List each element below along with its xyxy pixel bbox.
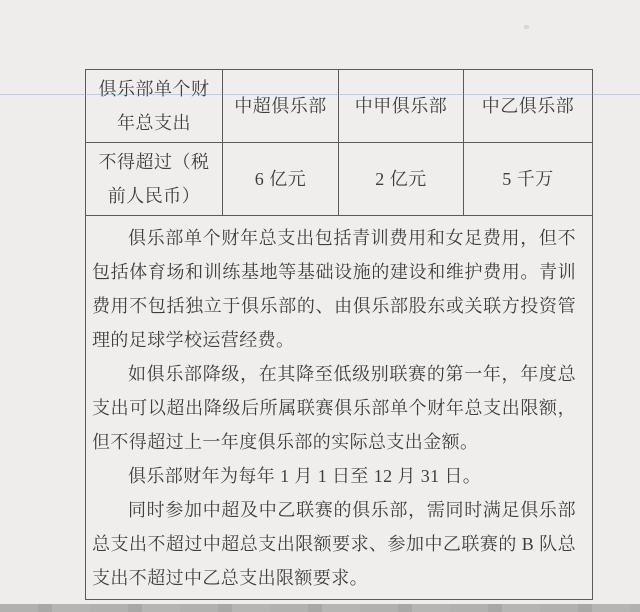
paragraph-dual-league-rule: 同时参加中超及中乙联赛的俱乐部，需同时满足俱乐部总支出不超过中超总支出限额要求、… (92, 493, 576, 595)
paragraph-expenditure-scope: 俱乐部单个财年总支出包括青训费用和女足费用，但不包括体育场和训练基地等基础设施的… (92, 221, 576, 357)
expenditure-limit-table: 俱乐部单个财年总支出 中超俱乐部 中甲俱乐部 中乙俱乐部 不得超过（税前人民币）… (85, 69, 593, 600)
limit-value-league-two: 5 千万 (464, 143, 592, 216)
table-limit-row: 不得超过（税前人民币） 6 亿元 2 亿元 5 千万 (86, 143, 592, 216)
column-header-league-one-clubs: 中甲俱乐部 (339, 70, 464, 143)
column-header-league-two-clubs: 中乙俱乐部 (464, 70, 592, 143)
scan-edge-shadow (0, 604, 640, 612)
paragraph-relegation-rule: 如俱乐部降级，在其降至低级别联赛的第一年，年度总支出可以超出降级后所属联赛俱乐部… (92, 357, 576, 459)
scanned-document-page: 俱乐部单个财年总支出 中超俱乐部 中甲俱乐部 中乙俱乐部 不得超过（税前人民币）… (0, 0, 640, 612)
paragraph-fiscal-year-definition: 俱乐部财年为每年 1 月 1 日至 12 月 31 日。 (92, 459, 576, 493)
limit-value-csl: 6 亿元 (223, 143, 339, 216)
row-label-annual-total-expenditure: 俱乐部单个财年总支出 (86, 70, 223, 143)
notes-section: 俱乐部单个财年总支出包括青训费用和女足费用，但不包括体育场和训练基地等基础设施的… (86, 216, 592, 599)
row-label-must-not-exceed-pretax-rmb: 不得超过（税前人民币） (86, 143, 223, 216)
column-header-csl-clubs: 中超俱乐部 (223, 70, 339, 143)
limit-value-league-one: 2 亿元 (339, 143, 464, 216)
table-header-row: 俱乐部单个财年总支出 中超俱乐部 中甲俱乐部 中乙俱乐部 (86, 70, 592, 143)
scan-artifact-speck (524, 25, 529, 29)
